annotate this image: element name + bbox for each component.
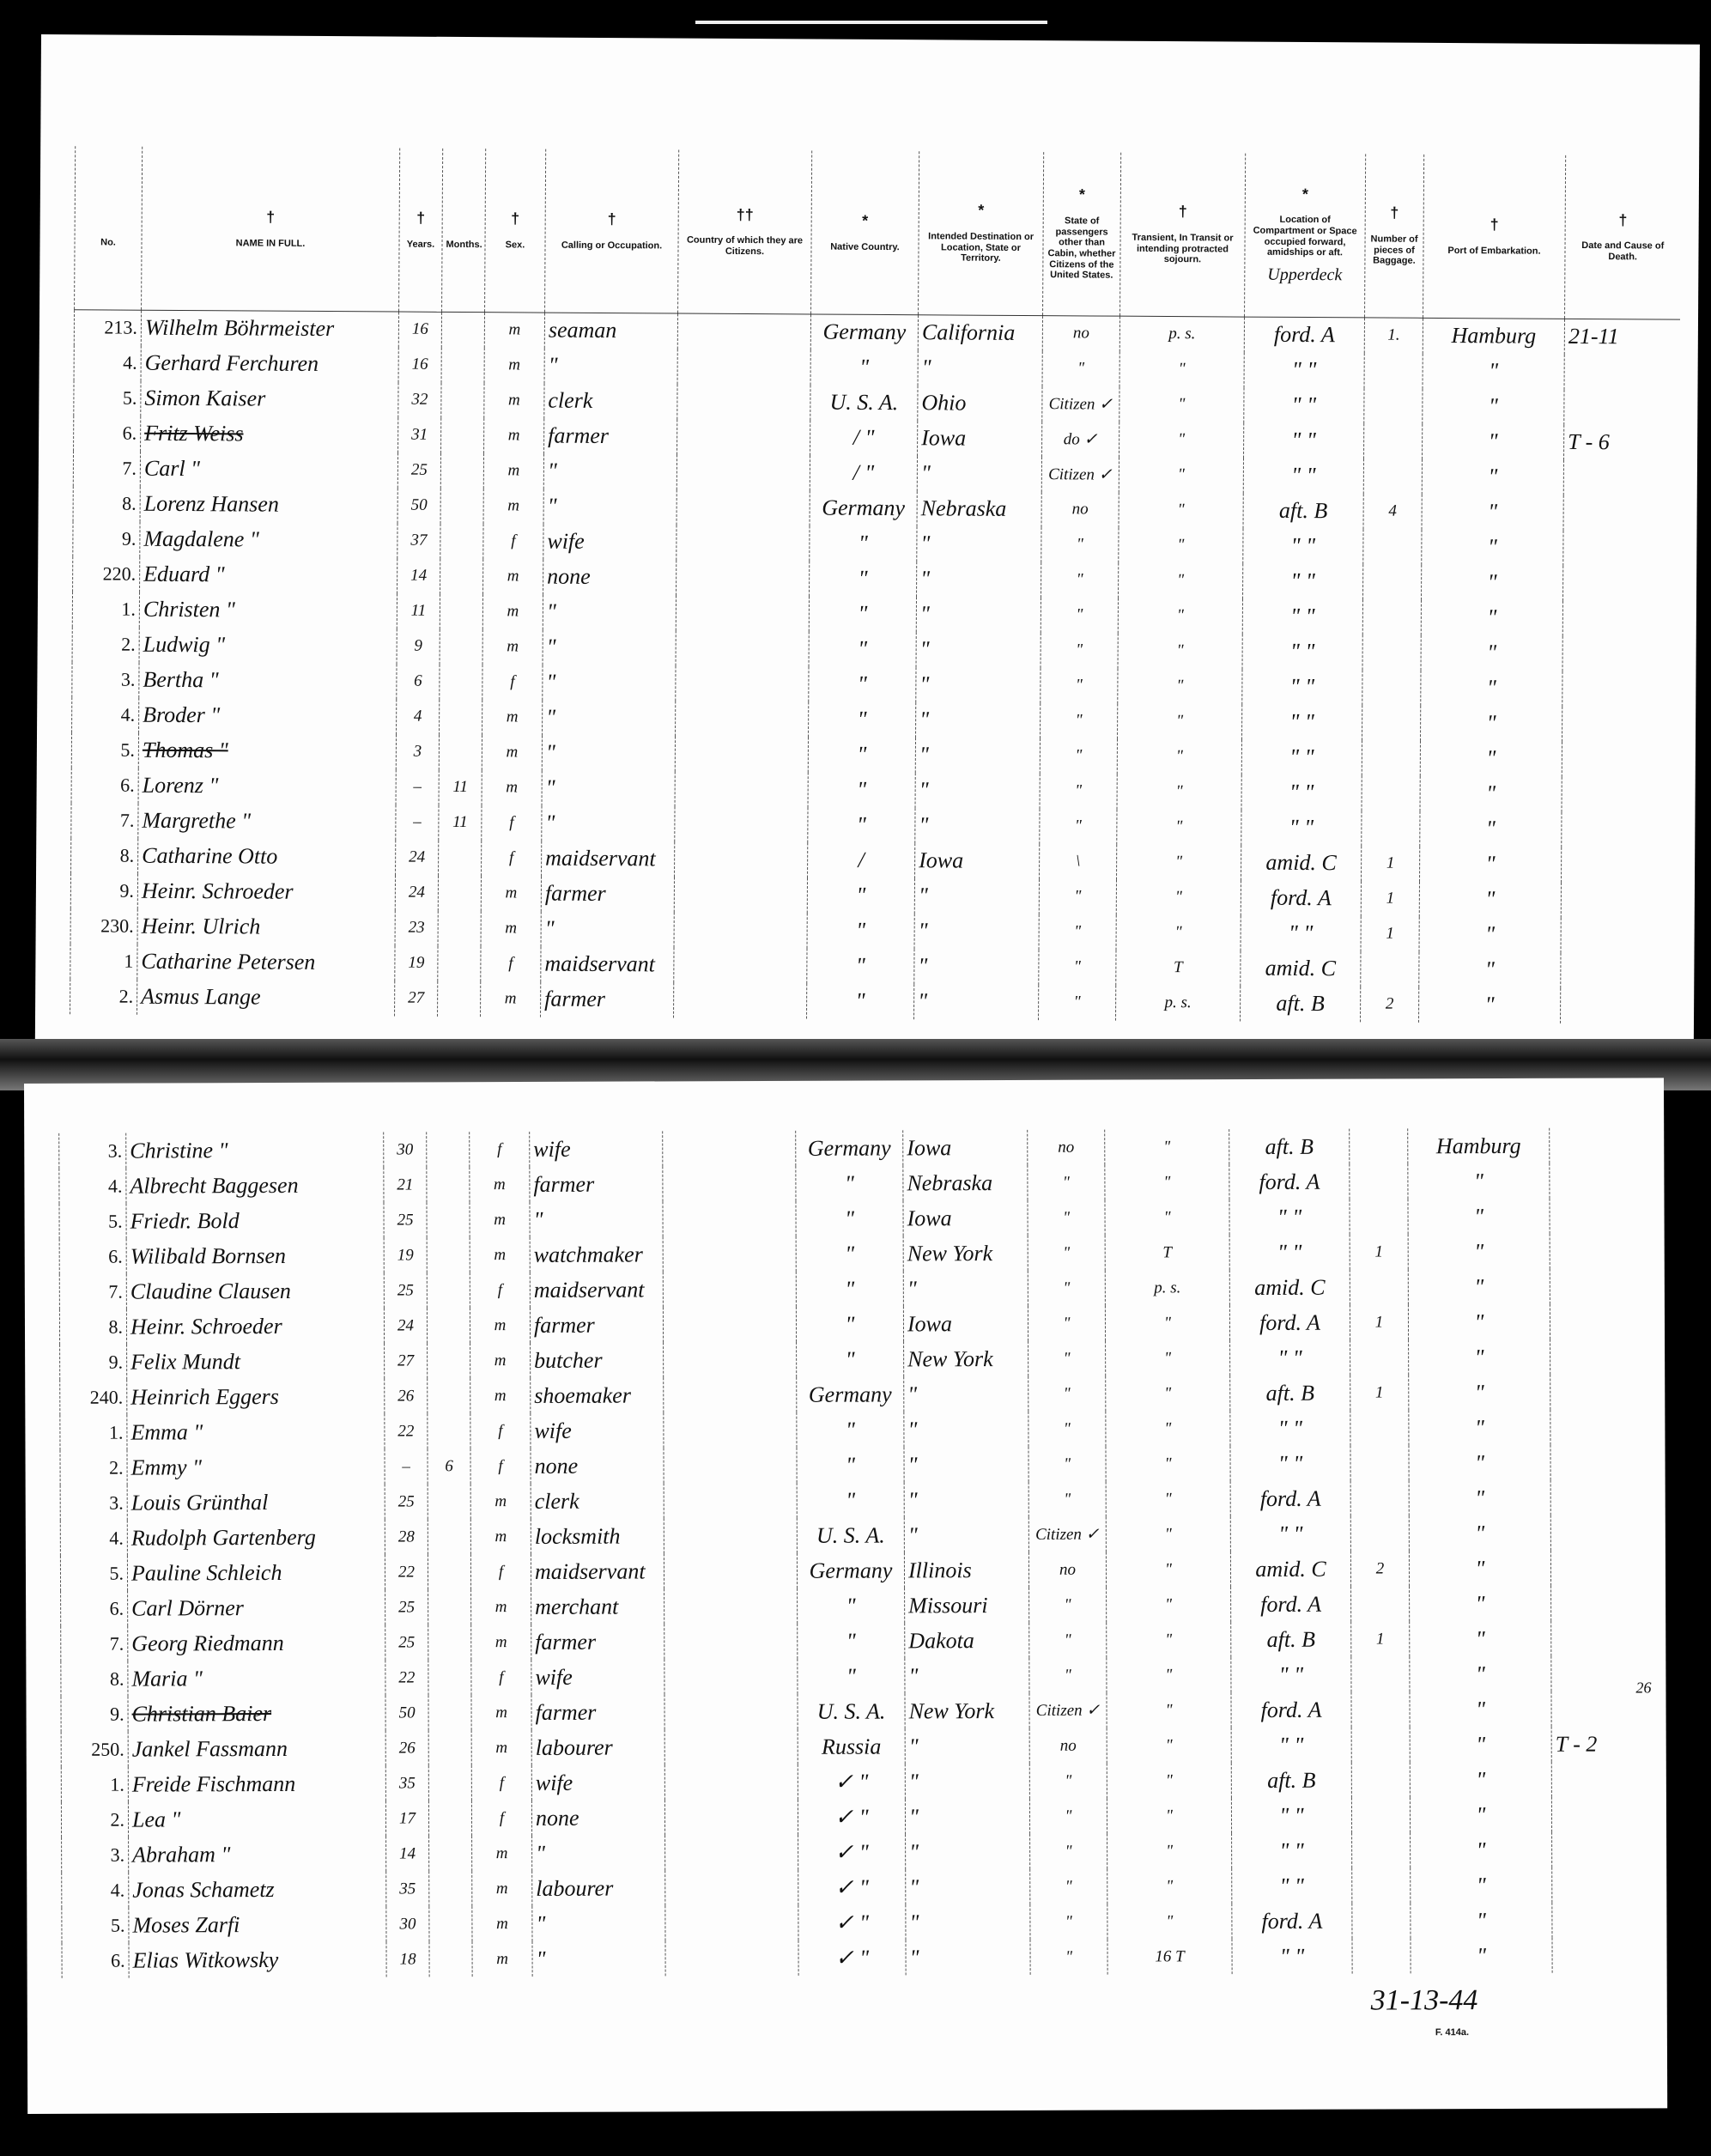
- cell-port: ": [1411, 1832, 1552, 1868]
- cell-sex: m: [470, 1484, 531, 1519]
- cell-citizen-of: [665, 1835, 798, 1871]
- cell-name: Christian Baier: [128, 1696, 385, 1732]
- cell-location: " ": [1244, 422, 1364, 459]
- cell-death: [1550, 1127, 1630, 1163]
- cell-age-years: 24: [395, 875, 438, 910]
- cell-transient: ": [1116, 879, 1241, 915]
- cell-name: Emma ": [127, 1414, 385, 1450]
- cell-baggage: [1363, 564, 1422, 599]
- cell-death: [1561, 987, 1676, 1023]
- cell-location: " ": [1242, 704, 1362, 740]
- column-header-destination: *Intended Destination or Location, State…: [919, 151, 1044, 315]
- cell-death: [1550, 1268, 1630, 1303]
- cell-us-citizen: Citizen ✓: [1042, 386, 1119, 422]
- cell-death: [1564, 389, 1679, 425]
- column-label: NAME IN FULL.: [236, 238, 306, 248]
- cell-destination: ": [905, 1728, 1029, 1764]
- cell-destination: ": [905, 1764, 1029, 1800]
- cell-native-country: ": [807, 913, 914, 949]
- cell-age-years: 19: [384, 1237, 427, 1272]
- cell-location: " ": [1242, 669, 1362, 705]
- cell-name: Elias Witkowsky: [129, 1942, 386, 1978]
- cell-sex: f: [471, 1765, 531, 1801]
- cell-us-citizen: ": [1041, 668, 1118, 704]
- column-label: Transient, In Transit or intending protr…: [1132, 233, 1234, 265]
- cell-sex: m: [482, 735, 542, 770]
- cell-transient: p. s.: [1116, 985, 1241, 1021]
- cell-sex: f: [470, 1448, 531, 1484]
- cell-us-citizen: Citizen ✓: [1041, 457, 1119, 493]
- cell-transient: ": [1118, 668, 1242, 704]
- cell-death: [1551, 1691, 1632, 1726]
- column-mark: †: [1369, 204, 1420, 222]
- cell-us-citizen: ": [1041, 527, 1119, 563]
- cell-age-months: [440, 488, 483, 523]
- cell-location: aft. B: [1243, 493, 1363, 529]
- cell-age-years: 24: [384, 1308, 427, 1343]
- cell-death: [1550, 1479, 1631, 1515]
- cell-transient: ": [1119, 351, 1244, 387]
- cell-location: " ": [1231, 1798, 1351, 1833]
- cell-age-months: [428, 1378, 470, 1413]
- cell-death: [1550, 1374, 1631, 1409]
- cell-occupation: farmer: [541, 876, 674, 912]
- cell-port: ": [1409, 1551, 1550, 1587]
- cell-location: amid. C: [1241, 950, 1361, 987]
- cell-baggage: 1: [1362, 846, 1420, 881]
- cell-death: [1562, 847, 1677, 883]
- cell-transient: ": [1118, 703, 1242, 739]
- cell-occupation: farmer: [531, 1624, 664, 1660]
- cell-baggage: [1350, 1410, 1409, 1445]
- cell-us-citizen: ": [1040, 738, 1117, 774]
- cell-port: ": [1422, 529, 1563, 565]
- cell-location: " ": [1241, 810, 1362, 846]
- cell-location: " ": [1230, 1446, 1350, 1481]
- cell-sex: m: [470, 1519, 531, 1554]
- cell-baggage: [1364, 423, 1423, 459]
- column-header-occupation: †Calling or Occupation.: [545, 149, 679, 313]
- passenger-row: 7.Georg Riedmann25mfarmer"Dakota""aft. B…: [61, 1620, 1632, 1661]
- cell-sex: m: [472, 1871, 532, 1906]
- column-header-no: No.: [75, 146, 143, 309]
- cell-name: Fritz Weiss: [141, 416, 398, 452]
- cell-occupation: shoemaker: [531, 1377, 664, 1413]
- cell-occupation: none: [531, 1800, 664, 1836]
- cell-destination: New York: [905, 1693, 1029, 1729]
- cell-destination: Illinois: [904, 1552, 1028, 1588]
- cell-location: " ": [1231, 1657, 1351, 1692]
- cell-sex: m: [484, 418, 544, 453]
- cell-no: 6.: [71, 768, 138, 803]
- cell-port: ": [1409, 1445, 1550, 1481]
- cell-baggage: [1362, 740, 1420, 775]
- column-mark: [446, 210, 482, 228]
- cell-transient: T: [1105, 1235, 1229, 1271]
- cell-occupation: ": [543, 629, 676, 665]
- cell-sex: f: [481, 946, 541, 981]
- cell-us-citizen: ": [1030, 1834, 1107, 1869]
- cell-port: ": [1420, 846, 1562, 882]
- cell-occupation: wife: [543, 524, 677, 560]
- cell-citizen-of: [677, 560, 810, 596]
- cell-port: ": [1419, 951, 1561, 987]
- column-mark: *: [923, 202, 1040, 221]
- cell-occupation: ": [543, 489, 677, 525]
- cell-occupation: labourer: [532, 1870, 665, 1906]
- cell-destination: ": [916, 632, 1041, 668]
- cell-age-months: [441, 347, 484, 382]
- cell-death: T - 2: [1551, 1726, 1632, 1761]
- cell-location: " ": [1244, 352, 1364, 388]
- cell-transient: ": [1119, 457, 1243, 493]
- passenger-rows-bottom: 3.Christine "30fwifeGermanyIowano"aft. B…: [59, 1127, 1633, 1977]
- cell-death: [1561, 952, 1676, 988]
- cell-no: 250.: [61, 1732, 128, 1767]
- cell-us-citizen: ": [1028, 1412, 1106, 1447]
- cell-us-citizen: ": [1039, 950, 1116, 986]
- cell-age-months: [440, 593, 482, 629]
- cell-citizen-of: [677, 489, 810, 525]
- cell-location: aft. B: [1230, 1376, 1350, 1411]
- cell-death: [1562, 635, 1678, 671]
- cell-baggage: 1: [1361, 916, 1419, 951]
- cell-transient: ": [1117, 809, 1241, 845]
- cell-port: ": [1408, 1269, 1550, 1305]
- cell-destination: Ohio: [918, 386, 1042, 422]
- cell-port: ": [1411, 1868, 1552, 1904]
- cell-location: aft. B: [1231, 1622, 1351, 1657]
- cell-citizen-of: [677, 384, 810, 420]
- cell-age-months: 11: [439, 805, 482, 840]
- cell-native-country: ": [796, 1165, 903, 1200]
- column-mark: †: [1569, 211, 1678, 229]
- cell-us-citizen: ": [1029, 1764, 1107, 1799]
- cell-transient: ": [1117, 738, 1241, 774]
- cell-us-citizen: ": [1041, 562, 1119, 598]
- cell-destination: ": [915, 808, 1040, 844]
- cell-name: Jankel Fassmann: [128, 1731, 385, 1767]
- cell-native-country: ": [797, 1341, 904, 1376]
- cell-occupation: ": [532, 1905, 665, 1941]
- column-label: Port of Embarkation.: [1447, 246, 1540, 257]
- cell-destination: Missouri: [905, 1588, 1029, 1624]
- cell-occupation: ": [543, 700, 676, 736]
- cell-death: [1550, 1409, 1631, 1444]
- cell-name: Bertha ": [139, 662, 397, 699]
- passenger-row: 2.Emmy "–6fnone""""" "": [60, 1444, 1631, 1485]
- cell-baggage: [1351, 1727, 1410, 1762]
- cell-no: 9.: [60, 1345, 127, 1380]
- form-number: F. 414a.: [1435, 2027, 1469, 2038]
- cell-sex: m: [482, 629, 543, 665]
- manifest-sheet-bottom: 3.Christine "30fwifeGermanyIowano"aft. B…: [24, 1078, 1667, 2114]
- cell-us-citizen: ": [1028, 1447, 1106, 1482]
- cell-citizen-of: [664, 1342, 797, 1378]
- cell-destination: ": [905, 1799, 1029, 1835]
- cell-native-country: ": [809, 666, 916, 702]
- cell-port: ": [1421, 635, 1562, 671]
- cell-baggage: [1350, 1339, 1409, 1375]
- cell-native-country: / ": [810, 455, 917, 491]
- cell-baggage: [1351, 1762, 1410, 1797]
- cell-port: ": [1409, 1480, 1550, 1516]
- cell-age-years: 30: [386, 1906, 429, 1941]
- cell-age-months: [427, 1237, 470, 1272]
- column-header-citizen-of: ††Country of which they are Citizens.: [678, 150, 812, 314]
- cell-baggage: [1351, 1656, 1410, 1691]
- cell-baggage: [1364, 388, 1423, 423]
- cell-baggage: 2: [1361, 987, 1419, 1022]
- cell-age-months: [427, 1202, 470, 1237]
- cell-age-years: 35: [385, 1765, 428, 1801]
- cell-us-citizen: ": [1029, 1658, 1107, 1693]
- cell-citizen-of: [663, 1131, 796, 1167]
- cell-name: Rudolph Gartenberg: [127, 1520, 385, 1556]
- cell-sex: m: [483, 559, 543, 594]
- cell-destination: Iowa: [918, 421, 1042, 457]
- cell-transient: ": [1119, 492, 1243, 528]
- cell-sex: f: [470, 1413, 531, 1448]
- cell-baggage: [1363, 529, 1422, 564]
- cell-no: 1.: [61, 1767, 128, 1802]
- cell-destination: ": [916, 702, 1041, 738]
- cell-death: [1562, 741, 1677, 777]
- cell-destination: ": [914, 878, 1039, 914]
- cell-location: " ": [1230, 1516, 1350, 1552]
- column-header-baggage: †Number of pieces of Baggage.: [1365, 154, 1424, 317]
- cell-citizen-of: [665, 1870, 798, 1906]
- cell-age-months: 11: [439, 769, 482, 805]
- cell-citizen-of: [677, 419, 810, 455]
- cell-port: ": [1420, 775, 1562, 811]
- cell-name: Asmus Lange: [137, 979, 395, 1016]
- passenger-row: 6.Wilibald Bornsen19mwatchmaker"New York…: [59, 1233, 1630, 1273]
- cell-baggage: [1352, 1868, 1411, 1903]
- cell-occupation: ": [532, 1940, 665, 1977]
- cell-no: 3.: [59, 1133, 126, 1169]
- column-label: Calling or Occupation.: [561, 240, 662, 251]
- cell-us-citizen: do ✓: [1042, 422, 1119, 458]
- cell-baggage: [1350, 1480, 1409, 1515]
- cell-location: " ": [1243, 528, 1363, 564]
- cell-death: [1551, 1620, 1632, 1655]
- cell-name: Abraham ": [129, 1837, 386, 1873]
- cell-name: Broder ": [139, 697, 397, 734]
- cell-age-years: 32: [398, 382, 441, 417]
- cell-age-years: 26: [385, 1730, 428, 1765]
- cell-native-country: ": [796, 1200, 903, 1236]
- cell-sex: m: [483, 453, 543, 489]
- cell-transient: ": [1107, 1728, 1231, 1764]
- column-mark: †: [1428, 216, 1562, 234]
- cell-age-years: 22: [385, 1413, 428, 1448]
- cell-death: [1562, 671, 1678, 707]
- column-mark: †: [146, 208, 396, 227]
- cell-native-country: ✓ ": [798, 1869, 906, 1904]
- cell-sex: m: [472, 1906, 532, 1941]
- cell-transient: ": [1118, 598, 1242, 634]
- cell-name: Lorenz Hansen: [140, 486, 397, 523]
- column-header-name: †NAME IN FULL.: [142, 147, 400, 312]
- cell-citizen-of: [663, 1307, 796, 1343]
- cell-name: Heinr. Schroeder: [137, 873, 395, 910]
- cell-destination: ": [915, 738, 1040, 774]
- cell-age-years: –: [396, 805, 439, 840]
- cell-death: [1551, 1585, 1632, 1620]
- passenger-row: 7.Claudine Clausen25fmaidservant"""p. s.…: [59, 1268, 1630, 1309]
- cell-age-years: 25: [397, 452, 440, 488]
- cell-citizen-of: [664, 1729, 798, 1765]
- cell-us-citizen: ": [1041, 633, 1118, 669]
- cell-age-months: [427, 1132, 470, 1167]
- cell-age-years: 37: [397, 523, 440, 558]
- cell-age-years: 9: [397, 629, 440, 664]
- cell-name: Emmy ": [127, 1449, 385, 1485]
- column-mark: †: [549, 210, 675, 229]
- cell-sex: m: [470, 1378, 531, 1413]
- cell-destination: New York: [903, 1236, 1028, 1272]
- cell-no: 7.: [73, 451, 140, 486]
- passenger-row: 9.Christian Baier50mfarmerU. S. A.New Yo…: [61, 1691, 1632, 1731]
- cell-destination: ": [904, 1376, 1028, 1412]
- column-label: Sex.: [506, 240, 525, 250]
- cell-age-months: [428, 1554, 470, 1589]
- cell-age-years: 50: [397, 488, 440, 523]
- cell-sex: m: [482, 700, 543, 735]
- cell-name: Margrethe ": [138, 803, 396, 840]
- column-label: Months.: [446, 240, 482, 250]
- cell-native-country: ": [807, 983, 914, 1019]
- cell-native-country: ": [808, 737, 915, 773]
- cell-age-years: 17: [385, 1801, 428, 1836]
- cell-no: 4.: [62, 1873, 129, 1908]
- cell-age-months: [429, 1871, 472, 1906]
- cell-port: ": [1408, 1234, 1550, 1270]
- cell-age-months: [438, 945, 481, 981]
- cell-age-years: 35: [386, 1871, 429, 1906]
- cell-location: " ": [1231, 1728, 1351, 1763]
- cell-us-citizen: no: [1028, 1130, 1105, 1165]
- cell-age-years: 3: [396, 734, 439, 769]
- cell-native-country: ": [809, 596, 916, 632]
- cell-sex: f: [470, 1272, 530, 1308]
- cell-death: [1550, 1233, 1630, 1268]
- cell-destination: ": [916, 667, 1041, 703]
- cell-citizen-of: [676, 595, 809, 631]
- cell-death: [1562, 600, 1678, 636]
- margin-mark: 26: [1635, 1679, 1651, 1697]
- cell-age-years: 11: [397, 593, 440, 629]
- cell-occupation: farmer: [531, 1694, 664, 1730]
- cell-citizen-of: [664, 1483, 797, 1519]
- cell-age-years: 23: [395, 910, 438, 945]
- cell-location: " ": [1232, 1939, 1352, 1974]
- cell-port: ": [1423, 353, 1564, 389]
- cell-sex: m: [472, 1941, 532, 1977]
- cell-death: [1550, 1550, 1631, 1585]
- cell-citizen-of: [663, 1272, 796, 1308]
- cell-death: [1552, 1831, 1633, 1867]
- cell-occupation: ": [541, 911, 674, 947]
- cell-sex: m: [470, 1308, 530, 1343]
- cell-age-months: [428, 1695, 471, 1730]
- cell-name: Carl Dörner: [128, 1590, 385, 1626]
- cell-baggage: [1363, 459, 1422, 494]
- cell-name: Lorenz ": [138, 768, 396, 805]
- cell-destination: Dakota: [905, 1623, 1029, 1659]
- cell-transient: ": [1119, 386, 1244, 422]
- cell-location: amid. C: [1229, 1270, 1350, 1305]
- cell-port: ": [1408, 1199, 1550, 1235]
- cell-name: Christen ": [139, 592, 397, 629]
- cell-transient: ": [1107, 1763, 1231, 1799]
- cell-us-citizen: ": [1030, 1904, 1107, 1940]
- cell-sex: m: [481, 876, 541, 911]
- cell-port: ": [1423, 423, 1564, 459]
- cell-transient: 16 T: [1107, 1939, 1232, 1975]
- cell-age-months: [440, 699, 482, 734]
- cell-transient: ": [1105, 1199, 1229, 1236]
- cell-native-country: ": [798, 1588, 905, 1623]
- cell-transient: ": [1105, 1164, 1229, 1200]
- cell-us-citizen: ": [1030, 1869, 1107, 1904]
- cell-native-country: U. S. A.: [797, 1517, 904, 1552]
- cell-transient: ": [1106, 1481, 1230, 1517]
- cell-citizen-of: [664, 1412, 797, 1448]
- cell-name: Catharine Otto: [138, 838, 396, 875]
- column-mark: †: [1125, 203, 1241, 222]
- cell-age-years: 19: [395, 945, 438, 981]
- cell-port: ": [1422, 494, 1563, 530]
- column-handwritten-note: Upperdeck: [1248, 264, 1361, 285]
- cell-occupation: wife: [530, 1131, 663, 1167]
- cell-occupation: labourer: [531, 1729, 664, 1765]
- cell-no: 8.: [61, 1661, 128, 1697]
- cell-no: 7.: [61, 1626, 128, 1661]
- cell-death: T - 6: [1564, 424, 1679, 460]
- cell-age-months: [428, 1413, 470, 1448]
- cell-name: Jonas Schametz: [129, 1872, 386, 1908]
- cell-citizen-of: [664, 1553, 797, 1589]
- cell-no: 5.: [60, 1556, 127, 1591]
- cell-sex: m: [483, 489, 543, 524]
- column-label: Intended Destination or Location, State …: [928, 231, 1034, 264]
- cell-name: Wilhelm Böhrmeister: [141, 310, 398, 347]
- cell-us-citizen: ": [1028, 1341, 1106, 1376]
- cell-destination: ": [904, 1412, 1028, 1448]
- cell-no: 9.: [61, 1697, 128, 1732]
- cell-port: ": [1410, 1762, 1551, 1798]
- cell-no: 2.: [61, 1802, 128, 1837]
- column-header-port: †Port of Embarkation.: [1423, 155, 1566, 319]
- cell-transient: ": [1106, 1516, 1230, 1552]
- cell-name: Freide Fischmann: [128, 1766, 385, 1802]
- cell-location: ford. A: [1229, 1164, 1350, 1199]
- cell-port: ": [1408, 1163, 1550, 1199]
- cell-transient: ": [1107, 1622, 1231, 1658]
- cell-transient: ": [1105, 1305, 1229, 1341]
- cell-death: [1551, 1655, 1632, 1691]
- cell-age-months: [428, 1625, 471, 1660]
- cell-native-country: U. S. A.: [810, 385, 918, 421]
- cell-location: " ": [1230, 1340, 1350, 1376]
- cell-port: ": [1422, 564, 1563, 600]
- cell-us-citizen: ": [1030, 1940, 1107, 1975]
- cell-death: [1550, 1515, 1631, 1550]
- cell-no: 7.: [59, 1274, 126, 1309]
- cell-us-citizen: ": [1028, 1236, 1105, 1271]
